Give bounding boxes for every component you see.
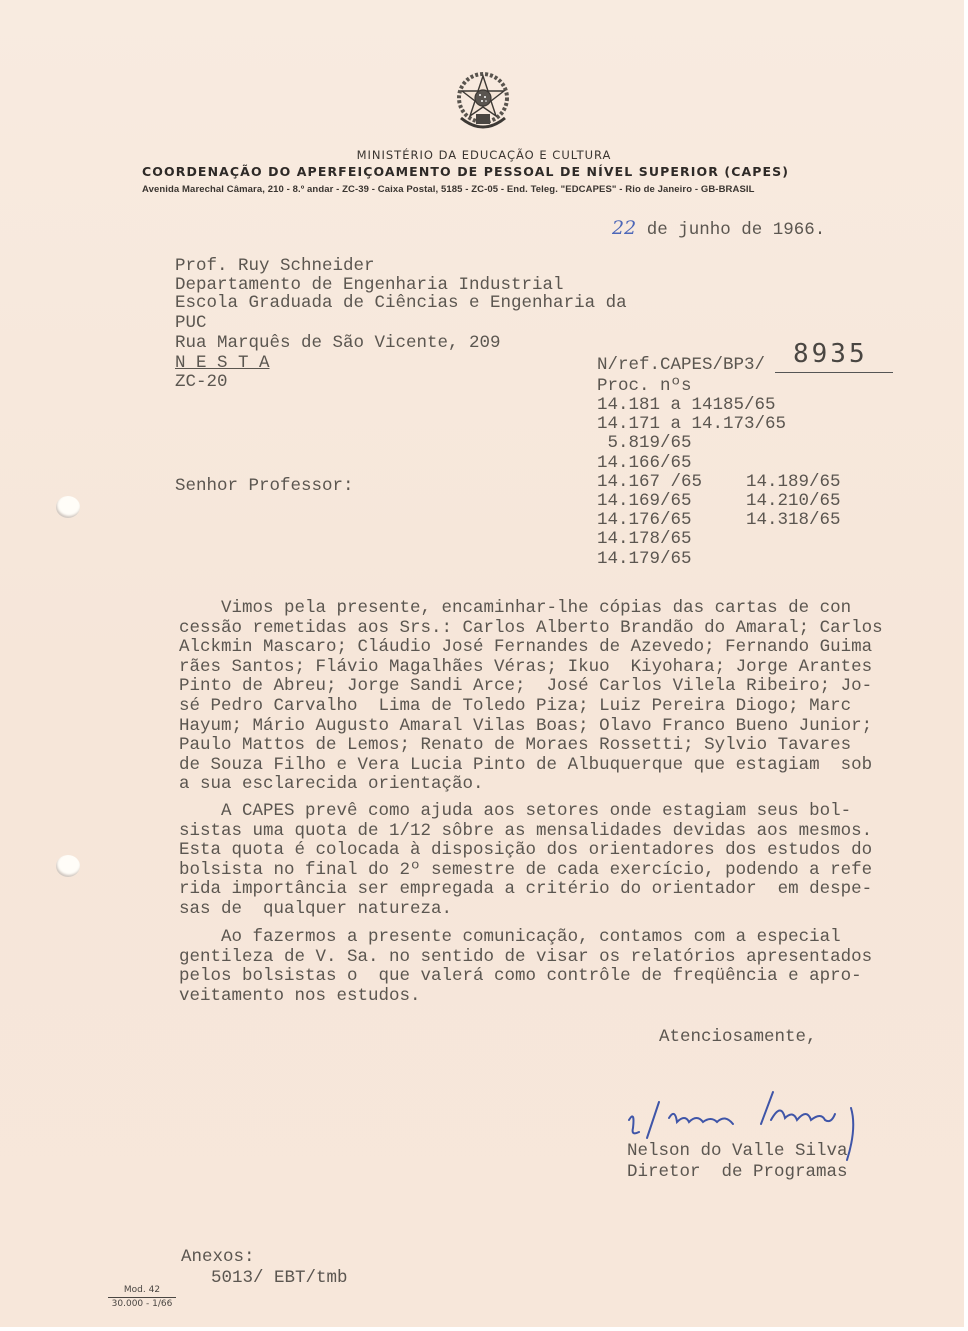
paragraph-line: rães Santos; Flávio Magalhães Véras; Iku…: [179, 658, 939, 678]
reference-underline: [775, 372, 893, 373]
recipient-line: Prof. Ruy Schneider: [175, 257, 375, 277]
scan-edge: [0, 1327, 968, 1331]
paragraph-line: sas de qualquer natureza.: [179, 900, 939, 920]
date-day-handwritten: 22: [612, 217, 636, 239]
paragraph-line: Vimos pela presente, encaminhar-lhe cópi…: [179, 599, 939, 619]
proc-number: 14.171 a 14.173/65: [597, 415, 786, 435]
proc-number: 14.169/65: [597, 492, 692, 512]
paragraph-line: pelos bolsistas o que valerá como contrô…: [179, 967, 939, 987]
proc-number: 14.178/65: [597, 530, 692, 550]
salutation: Senhor Professor:: [175, 477, 354, 497]
recipient-line: Escola Graduada de Ciências e Engenharia…: [175, 294, 627, 314]
ministry-heading: MINISTÉRIO DA EDUCAÇÃO E CULTURA: [0, 148, 968, 162]
punch-hole: [56, 855, 80, 877]
paragraph-line: sistas uma quota de 1/12 sôbre as mensal…: [179, 822, 939, 842]
proc-number: 14.167 /65: [597, 473, 702, 493]
paragraph-line: cessão remetidas aos Srs.: Carlos Albert…: [179, 619, 939, 639]
form-print-run: 30.000 - 1/66: [108, 1299, 176, 1309]
body-paragraph-3: Ao fazermos a presente comunicação, cont…: [179, 928, 939, 1006]
proc-number: 14.176/65: [597, 511, 692, 531]
proc-number: 14.210/65: [746, 492, 841, 512]
annex-reference: 5013/ EBT/tmb: [211, 1269, 348, 1289]
scan-edge: [964, 0, 968, 1331]
signatory-title: Diretor de Programas: [627, 1163, 848, 1183]
signatory-name: Nelson do Valle Silva: [627, 1142, 848, 1162]
proc-number: 14.189/65: [746, 473, 841, 493]
form-code: Mod. 42 30.000 - 1/66: [108, 1285, 176, 1309]
recipient-line: PUC: [175, 314, 207, 334]
paragraph-line: de Souza Filho e Vera Lucia Pinto de Alb…: [179, 756, 939, 776]
paragraph-line: Hayum; Mário Augusto Amaral Vilas Boas; …: [179, 717, 939, 737]
body-paragraph-1: Vimos pela presente, encaminhar-lhe cópi…: [179, 599, 939, 795]
paragraph-line: Paulo Mattos de Lemos; Renato de Moraes …: [179, 736, 939, 756]
proc-number: 5.819/65: [597, 434, 692, 454]
proc-number: 14.166/65: [597, 454, 692, 474]
recipient-line: Rua Marquês de São Vicente, 209: [175, 334, 501, 354]
form-model: Mod. 42: [108, 1285, 176, 1295]
reference-label: N/ref.CAPES/BP3/: [597, 356, 765, 376]
recipient-nesta: N E S T A: [175, 354, 270, 374]
paragraph-line: gentileza de V. Sa. no sentido de visar …: [179, 948, 939, 968]
paragraph-line: veitamento nos estudos.: [179, 987, 939, 1007]
proc-number: 14.318/65: [746, 511, 841, 531]
proc-label: Proc. nºs: [597, 377, 692, 397]
paragraph-line: Ao fazermos a presente comunicação, cont…: [179, 928, 939, 948]
paragraph-line: Alckmin Mascaro; Cláudio José Fernandes …: [179, 638, 939, 658]
closing: Atenciosamente,: [659, 1028, 817, 1048]
paragraph-line: A CAPES prevê como ajuda aos setores ond…: [179, 802, 939, 822]
reference-number: 8935: [793, 345, 868, 365]
form-code-divider: [108, 1297, 176, 1298]
punch-hole: [56, 496, 80, 518]
proc-number: 14.179/65: [597, 550, 692, 570]
paragraph-line: a sua esclarecida orientação.: [179, 775, 939, 795]
annex-label: Anexos:: [181, 1248, 255, 1268]
paragraph-line: Pinto de Abreu; Jorge Sandi Arce; José C…: [179, 677, 939, 697]
paragraph-line: sé Pedro Carvalho Lima de Toledo Piza; L…: [179, 697, 939, 717]
paragraph-line: bolsista no final do 2º semestre de cada…: [179, 861, 939, 881]
letter-date: 22 de junho de 1966.: [612, 219, 825, 241]
date-text: de junho de 1966.: [636, 220, 825, 240]
organization-heading: COORDENAÇÃO DO APERFEIÇOAMENTO DE PESSOA…: [142, 164, 842, 179]
paragraph-line: Esta quota é colocada à disposição dos o…: [179, 841, 939, 861]
recipient-zone: ZC-20: [175, 373, 228, 393]
body-paragraph-2: A CAPES prevê como ajuda aos setores ond…: [179, 802, 939, 920]
proc-number: 14.181 a 14185/65: [597, 396, 776, 416]
letterhead-address: Avenida Marechal Câmara, 210 - 8.º andar…: [142, 184, 842, 195]
paragraph-line: rida importância ser empregada a critéri…: [179, 880, 939, 900]
brazil-coat-of-arms-icon: [449, 68, 517, 138]
